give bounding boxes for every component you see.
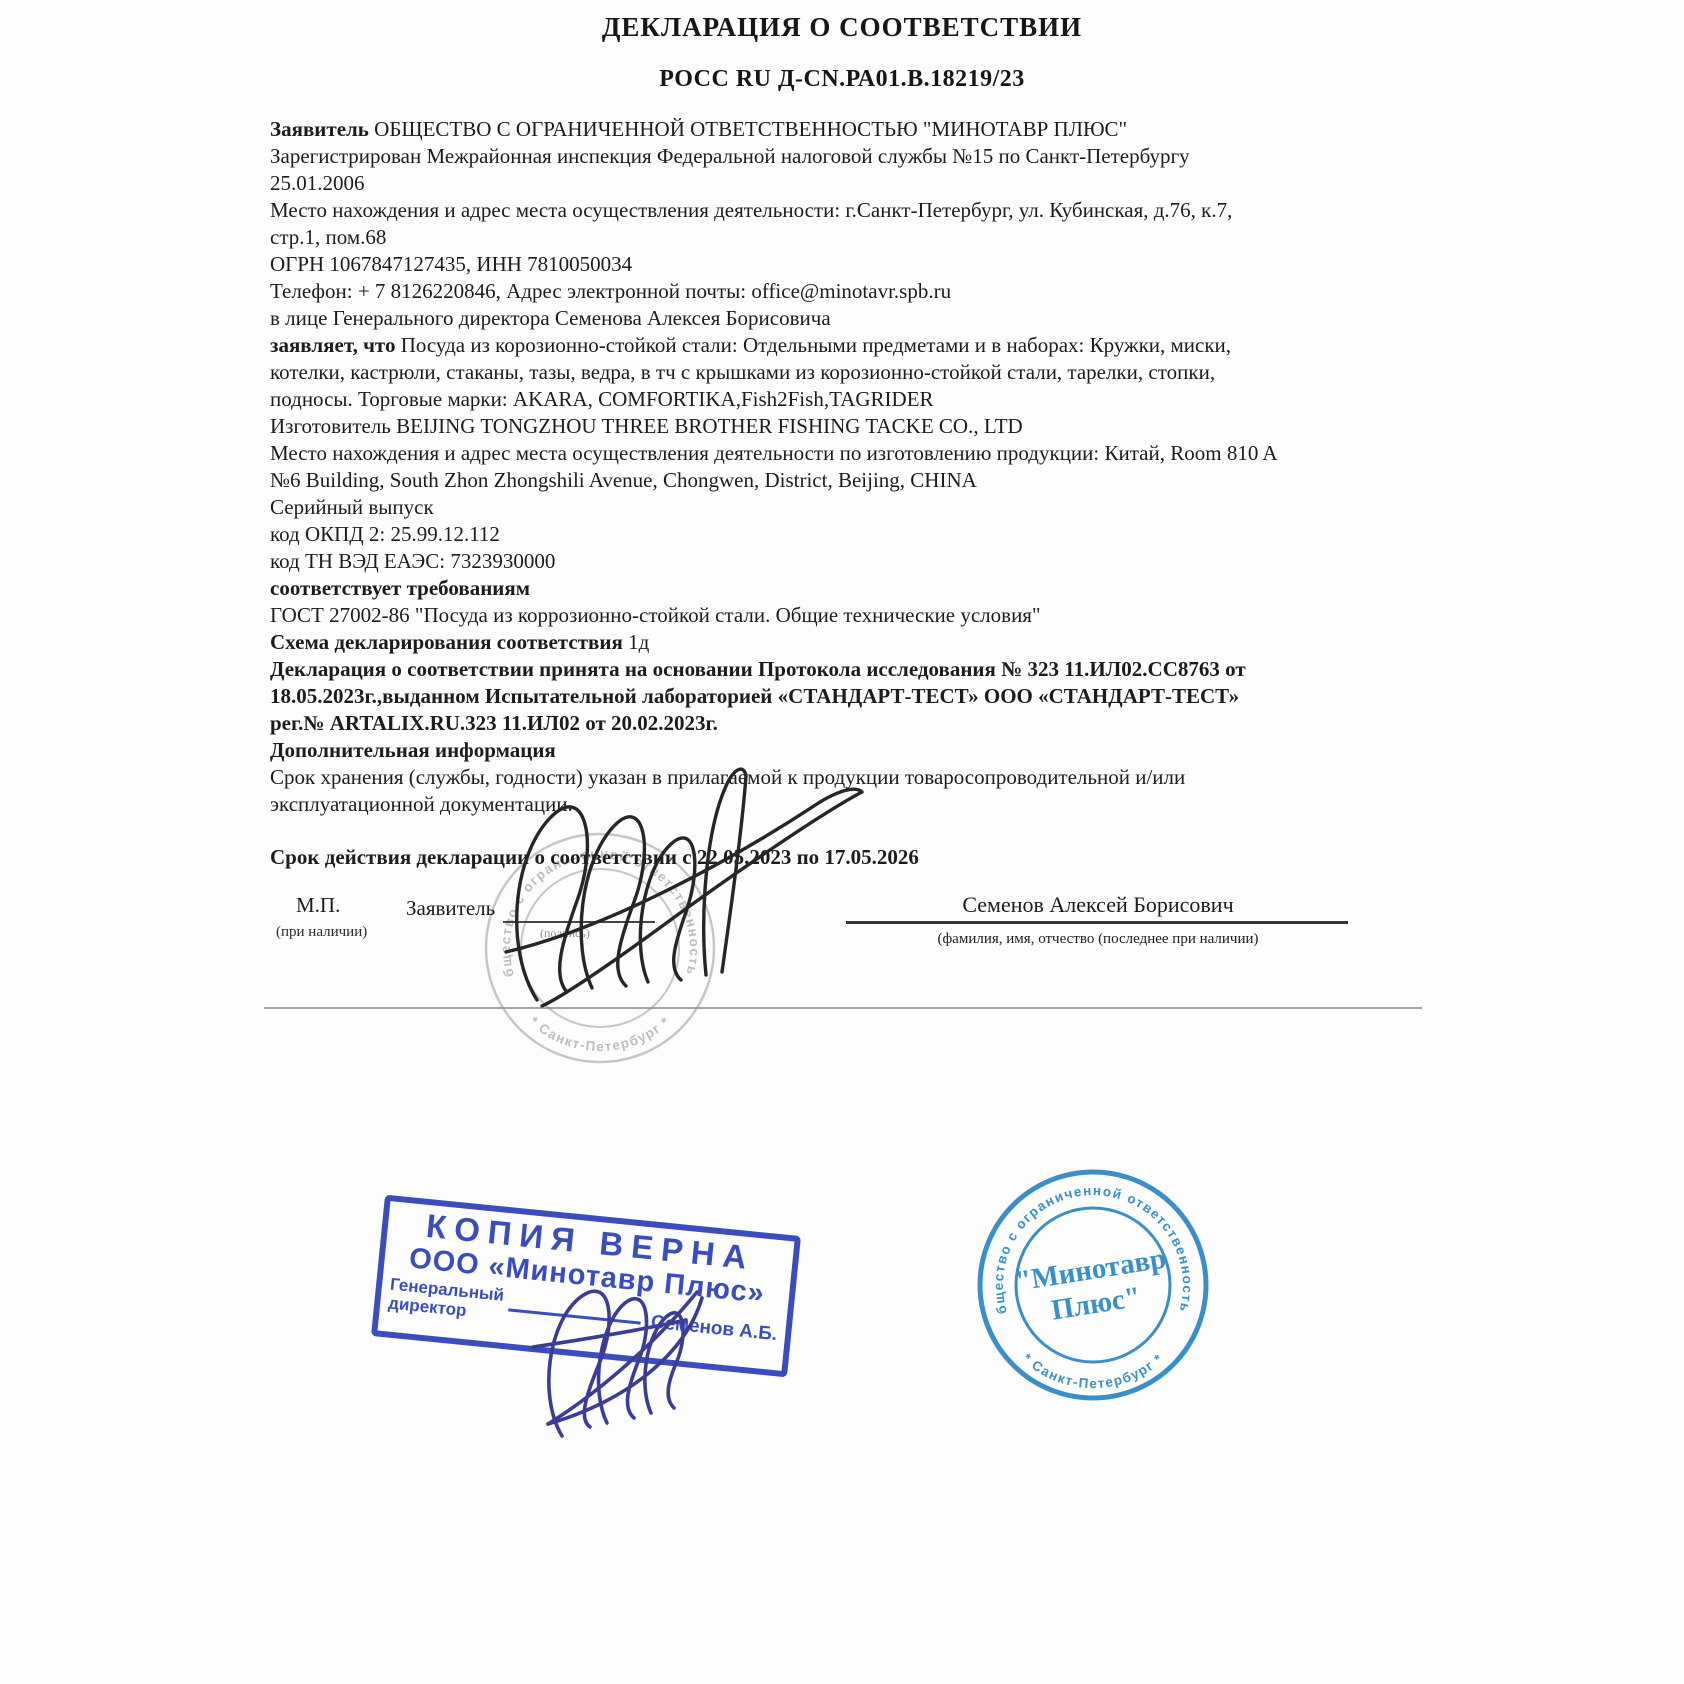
body-line: котелки, кастрюли, стаканы, тазы, ведра,… <box>270 359 1460 386</box>
stamp-place-label: М.П. <box>296 893 340 918</box>
body-line: Зарегистрирован Межрайонная инспекция Фе… <box>270 143 1460 170</box>
document-number: РОСС RU Д-CN.РА01.В.18219/23 <box>0 66 1684 93</box>
signer-name-note: (фамилия, имя, отчество (последнее при н… <box>848 931 1348 948</box>
body-line: Место нахождения и адрес места осуществл… <box>270 197 1460 224</box>
body-line: стр.1, пом.68 <box>270 224 1460 251</box>
body-line: Изготовитель BEIJING TONGZHOU THREE BROT… <box>270 413 1460 440</box>
body-line: заявляет, что Посуда из корозионно-стойк… <box>270 332 1460 359</box>
body-line: Заявитель ОБЩЕСТВО С ОГРАНИЧЕННОЙ ОТВЕТС… <box>270 116 1460 143</box>
body-line: код ОКПД 2: 25.99.12.112 <box>270 521 1460 548</box>
page-title: ДЕКЛАРАЦИЯ О СООТВЕТСТВИИ <box>0 12 1684 43</box>
document-page: ДЕКЛАРАЦИЯ О СООТВЕТСТВИИ РОСС RU Д-CN.Р… <box>0 0 1684 1684</box>
body-line: соответствует требованиям <box>270 575 1460 602</box>
body-line: код ТН ВЭД ЕАЭС: 7323930000 <box>270 548 1460 575</box>
body-line: ГОСТ 27002-86 "Посуда из коррозионно-сто… <box>270 602 1460 629</box>
signer-name: Семенов Алексей Борисович <box>848 892 1348 918</box>
body-line: рег.№ ARTALIX.RU.323 11.ИЛ02 от 20.02.20… <box>270 710 1460 737</box>
body-line: Схема декларирования соответствия 1д <box>270 629 1460 656</box>
body-line: Серийный выпуск <box>270 494 1460 521</box>
body-line: ОГРН 1067847127435, ИНН 7810050034 <box>270 251 1460 278</box>
body-lines: Заявитель ОБЩЕСТВО С ОГРАНИЧЕННОЙ ОТВЕТС… <box>270 116 1460 818</box>
signer-name-line <box>846 921 1348 924</box>
company-round-stamp: Общество с ограниченной ответственностью… <box>963 1155 1223 1415</box>
stamp-place-note: (при наличии) <box>276 924 367 941</box>
body-line: в лице Генерального директора Семенова А… <box>270 305 1460 332</box>
body-line: 18.05.2023г.,выданном Испытательной лабо… <box>270 683 1460 710</box>
director-signature-ink <box>520 1255 750 1440</box>
body-line: подносы. Торговые марки: AKARA, COMFORTI… <box>270 386 1460 413</box>
body-line: Декларация о соответствии принята на осн… <box>270 656 1460 683</box>
body-line: 25.01.2006 <box>270 170 1460 197</box>
body-line: Телефон: + 7 8126220846, Адрес электронн… <box>270 278 1460 305</box>
body-line: Место нахождения и адрес места осуществл… <box>270 440 1460 467</box>
body-line: №6 Building, South Zhon Zhongshili Avenu… <box>270 467 1460 494</box>
applicant-signature-ink <box>480 750 900 1030</box>
